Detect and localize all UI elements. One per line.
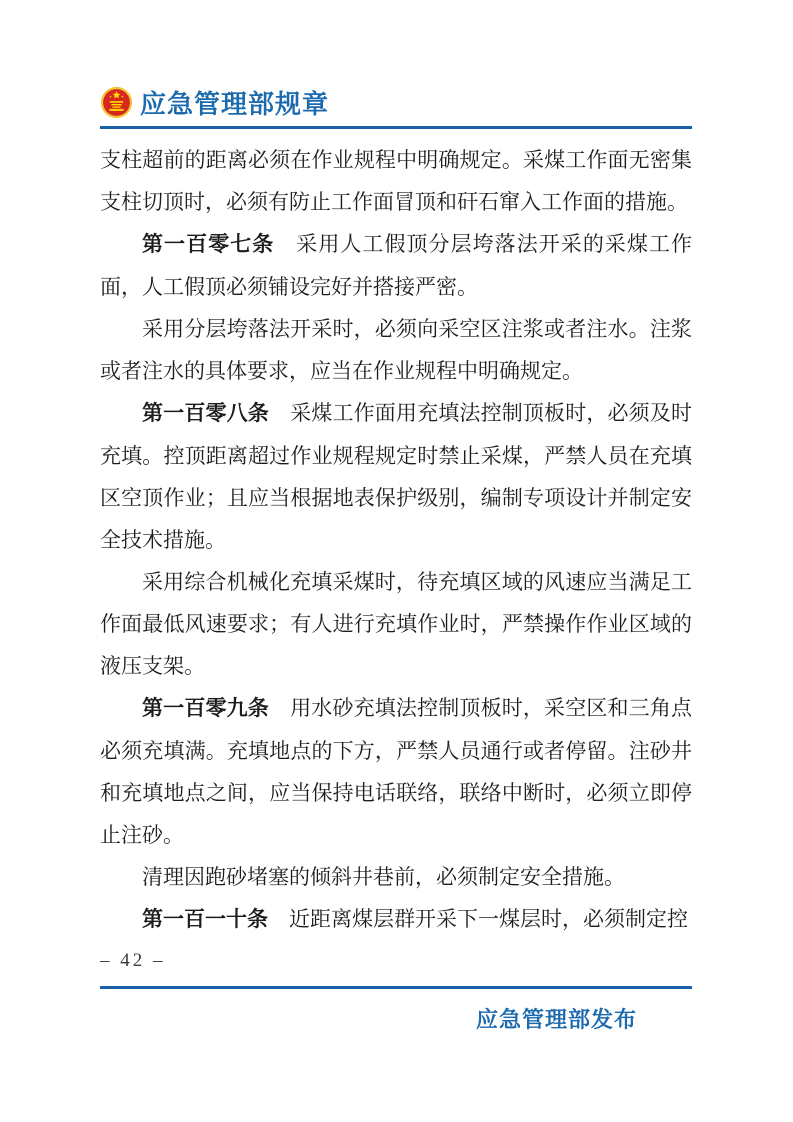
body-paragraph: 第一百零九条 用水砂充填法控制顶板时，采空区和三角点必须充填满。充填地点的下方，… [100, 687, 692, 856]
paragraph-text: 采用综合机械化充填采煤时，待充填区域的风速应当满足工作面最低风速要求；有人进行充… [100, 570, 692, 678]
body-paragraph: 清理因跑砂堵塞的倾斜井巷前，必须制定安全措施。 [100, 856, 692, 898]
body-paragraph: 采用分层垮落法开采时，必须向采空区注浆或者注水。注浆或者注水的具体要求，应当在作… [100, 308, 692, 392]
footer-publisher: 应急管理部发布 [476, 1003, 637, 1034]
article-number: 第一百零八条 [142, 402, 269, 425]
body-paragraph: 第一百零八条 采煤工作面用充填法控制顶板时，必须及时充填。控顶距离超过作业规程规… [100, 392, 692, 561]
document-body: 支柱超前的距离必须在作业规程中明确规定。采煤工作面无密集支柱切顶时，必须有防止工… [100, 139, 692, 941]
header-title: 应急管理部规章 [140, 84, 329, 121]
article-number: 第一百零九条 [142, 697, 269, 720]
footer-divider [100, 986, 692, 989]
body-paragraph: 第一百一十条 近距离煤层群开采下一煤层时，必须制定控 [100, 898, 692, 941]
body-paragraph: 第一百零七条 采用人工假顶分层垮落法开采的采煤工作面，人工假顶必须铺设完好并搭接… [100, 223, 692, 308]
article-number: 第一百零七条 [142, 233, 274, 256]
page-number: – 42 – [100, 948, 166, 974]
header-divider [100, 126, 692, 129]
china-national-emblem-icon [100, 86, 133, 119]
page-header: 应急管理部规章 [100, 84, 329, 120]
paragraph-text: 清理因跑砂堵塞的倾斜井巷前，必须制定安全措施。 [142, 865, 625, 889]
body-paragraph: 采用综合机械化充填采煤时，待充填区域的风速应当满足工作面最低风速要求；有人进行充… [100, 561, 692, 687]
paragraph-text: 近距离煤层群开采下一煤层时，必须制定控 [268, 907, 688, 931]
paragraph-text: 采用分层垮落法开采时，必须向采空区注浆或者注水。注浆或者注水的具体要求，应当在作… [100, 317, 692, 383]
paragraph-text: 支柱超前的距离必须在作业规程中明确规定。采煤工作面无密集支柱切顶时，必须有防止工… [100, 148, 692, 214]
article-number: 第一百一十条 [142, 908, 268, 931]
document-page: 应急管理部规章 支柱超前的距离必须在作业规程中明确规定。采煤工作面无密集支柱切顶… [0, 0, 793, 1122]
body-paragraph: 支柱超前的距离必须在作业规程中明确规定。采煤工作面无密集支柱切顶时，必须有防止工… [100, 139, 692, 223]
